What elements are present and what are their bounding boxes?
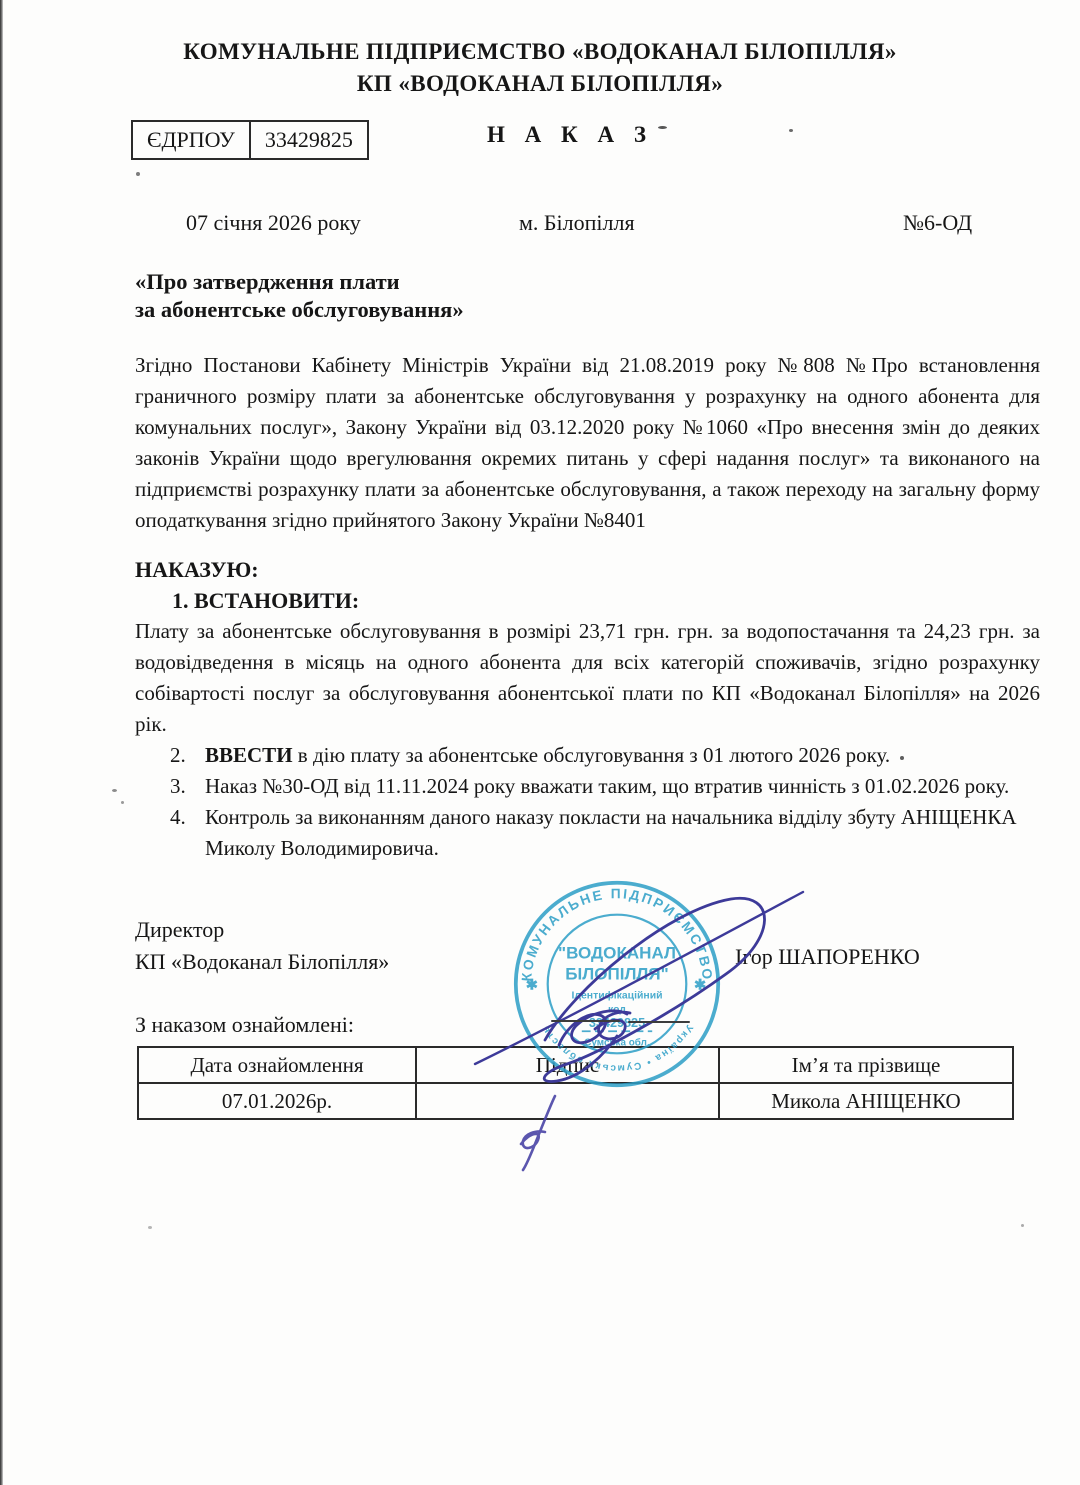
item-2-text: в дію плату за абонентське обслуговуванн… [293,743,891,767]
item-3-text: Наказ №30-ОД від 11.11.2024 року вважати… [205,774,1009,798]
document-header: КОМУНАЛЬНЕ ПІДПРИЄМСТВО «ВОДОКАНАЛ БІЛОП… [0,0,1080,100]
scanned-order-document: КОМУНАЛЬНЕ ПІДПРИЄМСТВО «ВОДОКАНАЛ БІЛОП… [0,0,1080,1485]
item-1-title: ВСТАНОВИТИ: [194,588,359,613]
item-1-body: Плату за абонентське обслуговування в ро… [135,616,1040,740]
cell-date: 07.01.2026р. [138,1083,416,1119]
scan-speck [148,1226,152,1229]
item-4: 4.Контроль за виконанням даного наказу п… [205,802,1038,864]
cell-name: Микола АНІЩЕНКО [719,1083,1013,1119]
acknowledgement-table: Дата ознайомлення Підпис Ім’я та прізвищ… [137,1046,1014,1120]
table-header-row: Дата ознайомлення Підпис Ім’я та прізвищ… [138,1047,1013,1083]
scan-speck [1021,1224,1024,1227]
scan-speck [121,801,124,804]
subject-line-1: «Про затвердження плати [135,268,1080,296]
signer-position: Директор КП «Водоканал Білопілля» [135,914,389,978]
scan-speck [658,126,667,129]
item-4-number: 4. [170,802,205,833]
acknowledgement-label: З наказом ознайомлені: [0,1012,1080,1038]
order-meta-row: 07 січня 2026 року м. Білопілля №6-ОД [0,210,1080,240]
item-2-keyword: ВВЕСТИ [205,743,293,767]
scan-speck [112,789,117,792]
scan-speck [900,756,904,760]
order-heading: Н А К А З [0,122,1080,148]
director-signature-block: Директор КП «Водоканал Білопілля» Ігор Ш… [0,914,1080,986]
cell-signature [416,1083,719,1119]
header-cell-name: Ім’я та прізвище [719,1047,1013,1083]
item-1-heading: 1. ВСТАНОВИТИ: [0,585,1080,616]
scan-speck [136,172,140,176]
subject-line-2: за абонентське обслуговування» [135,296,1080,324]
preamble-paragraph: Згідно Постанови Кабінету Міністрів Укра… [135,350,1040,536]
item-4-text: Контроль за виконанням даного наказу пок… [205,805,1017,860]
item-3: 3.Наказ №30-ОД від 11.11.2024 року вважа… [205,771,1038,802]
header-cell-signature: Підпис [416,1047,719,1083]
scan-speck [789,129,793,132]
item-1-number: 1. [172,588,189,613]
order-city: м. Білопілля [519,210,635,236]
signer-name: Ігор ШАПОРЕНКО [735,944,920,970]
table-row: 07.01.2026р. Микола АНІЩЕНКО [138,1083,1013,1119]
stamp-center-line3: Ідентифікаційний [571,989,662,1001]
item-2: 2.ВВЕСТИ в дію плату за абонентське обсл… [205,740,1038,771]
item-2-number: 2. [170,740,205,771]
company-title-full: КОМУНАЛЬНЕ ПІДПРИЄМСТВО «ВОДОКАНАЛ БІЛОП… [0,36,1080,68]
header-cell-date: Дата ознайомлення [138,1047,416,1083]
signer-position-line-2: КП «Водоканал Білопілля» [135,946,389,978]
company-title-short: КП «ВОДОКАНАЛ БІЛОПІЛЛЯ» [0,68,1080,100]
order-date: 07 січня 2026 року [186,210,361,236]
order-number: №6-ОД [903,210,972,236]
item-3-number: 3. [170,771,205,802]
order-subject: «Про затвердження плати за абонентське о… [0,268,1080,324]
order-word: НАКАЗУЮ: [0,554,1080,585]
edrpou-row: ЄДРПОУ 33429825 Н А К А З [0,120,1080,164]
signer-position-line-1: Директор [135,914,389,946]
